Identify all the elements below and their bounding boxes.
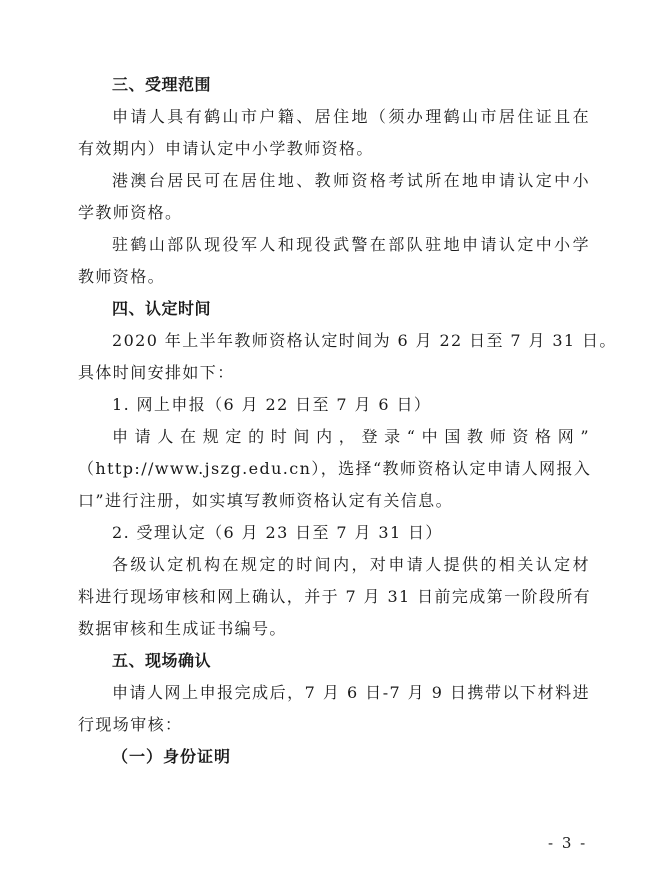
section-heading-time: 四、认定时间: [78, 293, 590, 325]
list-item-acceptance: 2. 受理认定（6 月 23 日至 7 月 31 日）: [78, 517, 590, 549]
paragraph-line: 料进行现场审核和网上确认，并于 7 月 31 日前完成第一阶段所有: [78, 581, 590, 613]
paragraph-line: 口”进行注册，如实填写教师资格认定有关信息。: [78, 485, 590, 517]
subheading-identity: （一）身份证明: [78, 741, 590, 773]
section-heading-scope: 三、受理范围: [78, 69, 590, 101]
paragraph-line: 2020 年上半年教师资格认定时间为 6 月 22 日至 7 月 31 日。: [78, 325, 590, 357]
paragraph-line: 驻鹤山部队现役军人和现役武警在部队驻地申请认定中小学: [78, 229, 590, 261]
document-body: 三、受理范围 申请人具有鹤山市户籍、居住地（须办理鹤山市居住证且在 有效期内）申…: [78, 69, 590, 773]
paragraph-line: 学教师资格。: [78, 197, 590, 229]
paragraph-line: 申请人在规定的时间内，登录“中国教师资格网”: [78, 421, 590, 453]
list-item-online-application: 1. 网上申报（6 月 22 日至 7 月 6 日）: [78, 389, 590, 421]
paragraph-line: 教师资格。: [78, 261, 590, 293]
document-page: 三、受理范围 申请人具有鹤山市户籍、居住地（须办理鹤山市居住证且在 有效期内）申…: [0, 0, 664, 896]
paragraph-line: 行现场审核：: [78, 709, 590, 741]
paragraph-line: 数据审核和生成证书编号。: [78, 613, 590, 645]
paragraph-line: 各级认定机构在规定的时间内，对申请人提供的相关认定材: [78, 549, 590, 581]
paragraph-line: 具体时间安排如下：: [78, 357, 590, 389]
paragraph-line: 申请人具有鹤山市户籍、居住地（须办理鹤山市居住证且在: [78, 101, 590, 133]
section-heading-onsite: 五、现场确认: [78, 645, 590, 677]
page-number: - 3 -: [548, 832, 592, 854]
paragraph-line: 申请人网上申报完成后，7 月 6 日-7 月 9 日携带以下材料进: [78, 677, 590, 709]
paragraph-line-url: （http://www.jszg.edu.cn），选择“教师资格认定申请人网报入: [78, 453, 590, 485]
paragraph-line: 有效期内）申请认定中小学教师资格。: [78, 133, 590, 165]
paragraph-line: 港澳台居民可在居住地、教师资格考试所在地申请认定中小: [78, 165, 590, 197]
